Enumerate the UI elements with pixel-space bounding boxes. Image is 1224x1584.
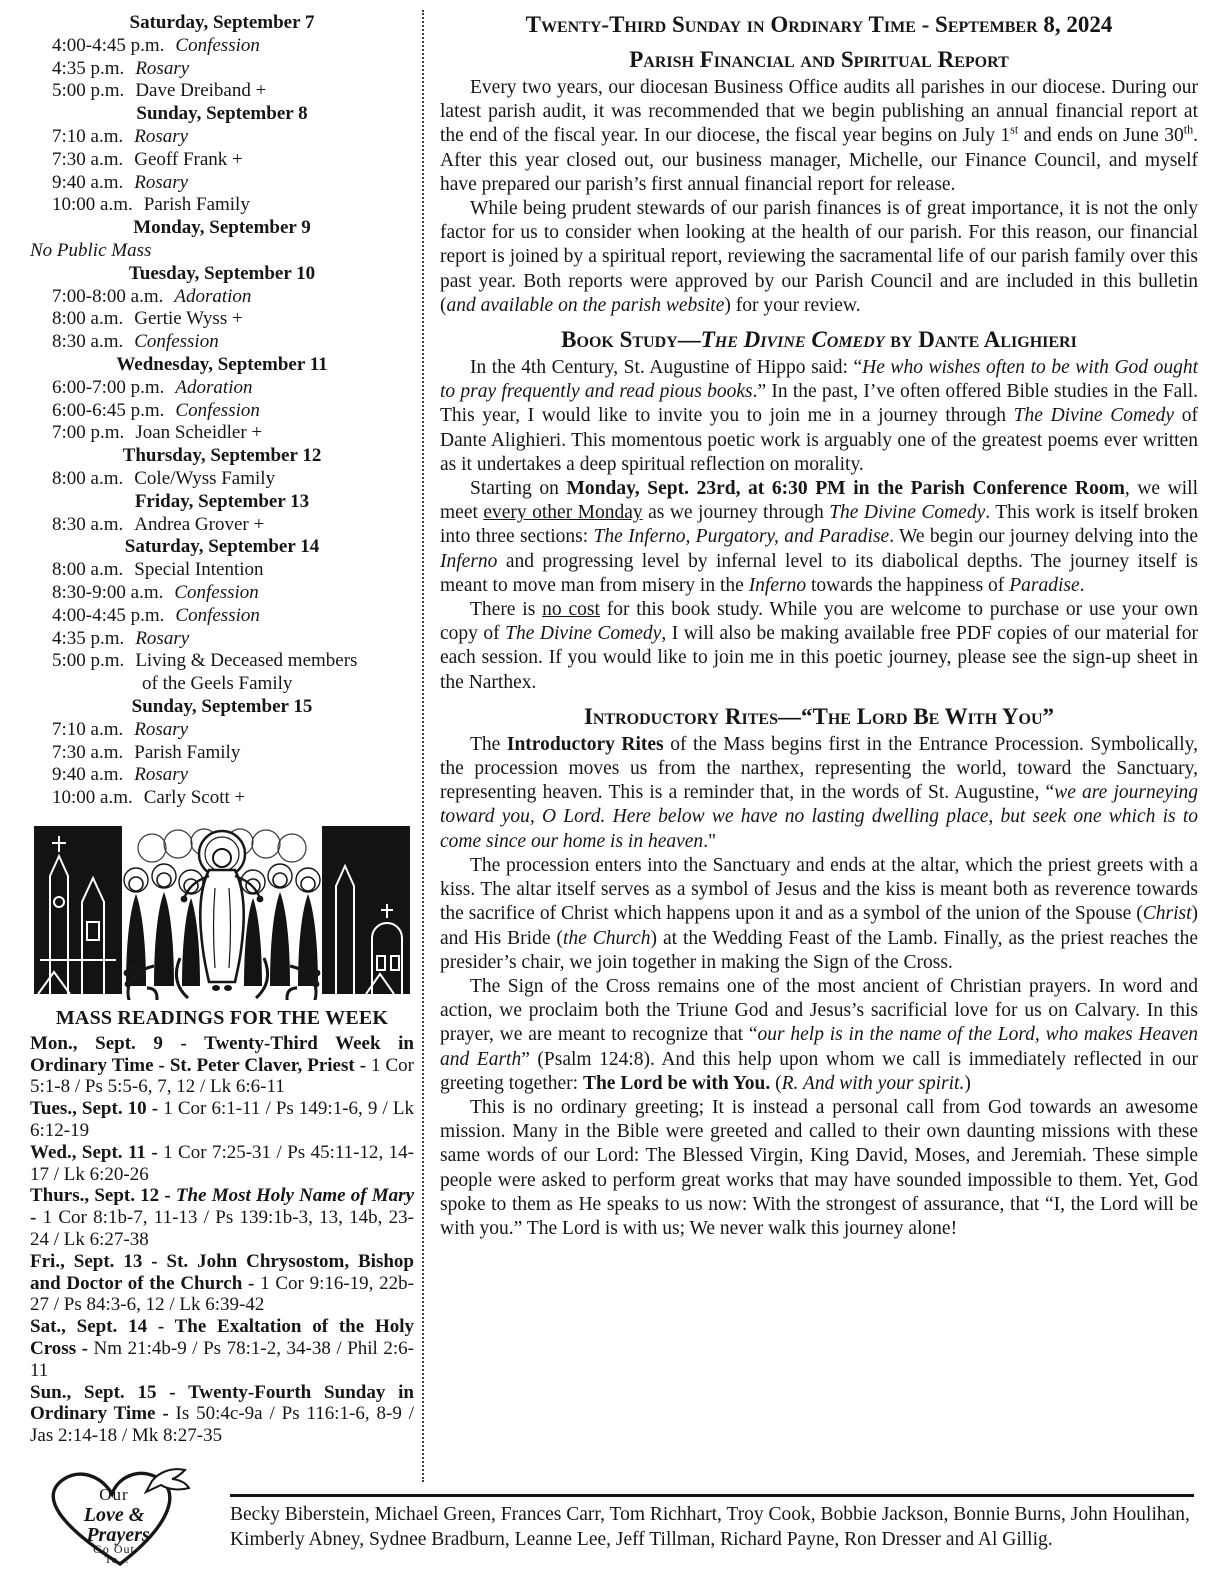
right-churches-icon	[322, 826, 410, 994]
prayer-names: Becky Biberstein, Michael Green, Frances…	[230, 1502, 1194, 1552]
schedule-desc: Adoration	[175, 377, 252, 398]
schedule-entry: 8:00 a.m.Special Intention	[30, 559, 414, 582]
schedule-entry: 7:30 a.m.Parish Family	[30, 742, 414, 765]
schedule-desc: Confession	[134, 331, 218, 352]
schedule-time: 8:00 a.m.	[52, 308, 123, 329]
main-columns: Saturday, September 74:00-4:45 p.m.Confe…	[30, 10, 1198, 1482]
schedule-desc: Joan Scheidler +	[135, 422, 262, 443]
schedule-time: 4:35 p.m.	[52, 58, 124, 79]
schedule-time: 10:00 a.m.	[52, 194, 133, 215]
schedule-time: 7:30 a.m.	[52, 742, 123, 763]
schedule-time: 7:10 a.m.	[52, 719, 123, 740]
saints-and-churches-artwork	[30, 818, 414, 1000]
schedule-desc: Confession	[174, 582, 258, 603]
schedule-entry: 10:00 a.m.Parish Family	[30, 194, 414, 217]
schedule-time: 9:40 a.m.	[52, 172, 123, 193]
schedule-continuation: of the Geels Family	[30, 673, 414, 696]
prayer-names-block: Becky Biberstein, Michael Green, Frances…	[230, 1494, 1194, 1552]
section-title: Book Study—The Divine Comedy by Dante Al…	[440, 327, 1198, 353]
article-section: Parish Financial and Spiritual ReportEve…	[440, 47, 1198, 318]
section-title: Introductory Rites—“The Lord Be With You…	[440, 704, 1198, 730]
section-paragraph: The Introductory Rites of the Mass begin…	[440, 733, 1198, 854]
schedule-day-header: Saturday, September 14	[30, 536, 414, 559]
schedule-entry: 7:10 a.m.Rosary	[30, 126, 414, 149]
schedule-day-header: Saturday, September 7	[30, 12, 414, 35]
schedule-time: 9:40 a.m.	[52, 764, 123, 785]
schedule-time: 5:00 p.m.	[52, 650, 124, 671]
heart-logo-line1: Our	[99, 1485, 128, 1504]
schedule-day-header: Wednesday, September 11	[30, 354, 414, 377]
schedule-entry: 10:00 a.m.Carly Scott +	[30, 787, 414, 810]
schedule-time: 5:00 p.m.	[52, 80, 124, 101]
schedule-entry: 9:40 a.m.Rosary	[30, 764, 414, 787]
section-title: Parish Financial and Spiritual Report	[440, 47, 1198, 73]
reading-item: Wed., Sept. 11 - 1 Cor 7:25-31 / Ps 45:1…	[30, 1142, 414, 1186]
article-section: Book Study—The Divine Comedy by Dante Al…	[440, 327, 1198, 695]
schedule-day-header: Tuesday, September 10	[30, 263, 414, 286]
schedule-desc: Rosary	[134, 172, 188, 193]
article-section: Introductory Rites—“The Lord Be With You…	[440, 704, 1198, 1241]
schedule-entry: 6:00-6:45 p.m.Confession	[30, 400, 414, 423]
schedule-time: 8:30-9:00 a.m.	[52, 582, 163, 603]
section-paragraph: While being prudent stewards of our pari…	[440, 197, 1198, 318]
schedule-time: 7:00 p.m.	[52, 422, 124, 443]
bulletin-header: Twenty-Third Sunday in Ordinary Time - S…	[440, 12, 1198, 38]
section-paragraph: Starting on Monday, Sept. 23rd, at 6:30 …	[440, 477, 1198, 598]
reading-item: Tues., Sept. 10 - 1 Cor 6:1-11 / Ps 149:…	[30, 1098, 414, 1142]
reading-item: Sun., Sept. 15 - Twenty-Fourth Sunday in…	[30, 1382, 414, 1447]
section-paragraph: This is no ordinary greeting; It is inst…	[440, 1096, 1198, 1241]
schedule-entry: 5:00 p.m.Dave Dreiband +	[30, 80, 414, 103]
schedule-desc: Adoration	[174, 286, 251, 307]
prayer-band: Our Love & Prayers Go Out To... Becky Bi…	[30, 1478, 1198, 1572]
schedule-desc: Special Intention	[134, 559, 263, 580]
schedule-entry: 7:10 a.m.Rosary	[30, 719, 414, 742]
schedule-entry: 8:30 a.m.Confession	[30, 331, 414, 354]
schedule-entry: 8:00 a.m.Gertie Wyss +	[30, 308, 414, 331]
bulletin-page: Saturday, September 74:00-4:45 p.m.Confe…	[0, 0, 1224, 1584]
heart-logo-line5: To...	[105, 1554, 130, 1566]
reading-item: Mon., Sept. 9 - Twenty-Third Week in Ord…	[30, 1033, 414, 1098]
schedule-entry: 9:40 a.m.Rosary	[30, 172, 414, 195]
left-column: Saturday, September 74:00-4:45 p.m.Confe…	[30, 10, 422, 1482]
schedule-desc: Dave Dreiband +	[135, 80, 266, 101]
schedule-desc: Rosary	[134, 764, 188, 785]
schedule-entry: 7:00-8:00 a.m.Adoration	[30, 286, 414, 309]
schedule-desc: Geoff Frank +	[134, 149, 243, 170]
schedule-desc: Parish Family	[144, 194, 250, 215]
schedule-desc: Living & Deceased members	[135, 650, 357, 671]
schedule-time: 8:30 a.m.	[52, 514, 123, 535]
schedule-time: 8:30 a.m.	[52, 331, 123, 352]
schedule-desc: Rosary	[135, 58, 189, 79]
schedule-day-header: Friday, September 13	[30, 491, 414, 514]
schedule-desc: Parish Family	[134, 742, 240, 763]
schedule-time: 8:00 a.m.	[52, 468, 123, 489]
schedule-desc: Rosary	[134, 126, 188, 147]
schedule-time: 7:00-8:00 a.m.	[52, 286, 163, 307]
reading-item: Thurs., Sept. 12 - The Most Holy Name of…	[30, 1185, 414, 1250]
schedule-time: 4:00-4:45 p.m.	[52, 35, 164, 56]
section-paragraph: In the 4th Century, St. Augustine of Hip…	[440, 356, 1198, 477]
schedule-day-header: Sunday, September 15	[30, 696, 414, 719]
reading-item: Fri., Sept. 13 - St. John Chrysostom, Bi…	[30, 1251, 414, 1316]
schedule-time: 6:00-6:45 p.m.	[52, 400, 164, 421]
mass-readings-title: MASS READINGS FOR THE WEEK	[30, 1007, 414, 1030]
schedule-desc: Gertie Wyss +	[134, 308, 242, 329]
schedule-time: 7:10 a.m.	[52, 126, 123, 147]
schedule-entry: 4:00-4:45 p.m.Confession	[30, 35, 414, 58]
schedule-time: 7:30 a.m.	[52, 149, 123, 170]
schedule-day-header: Sunday, September 8	[30, 103, 414, 126]
schedule-entry: 8:30 a.m.Andrea Grover +	[30, 514, 414, 537]
schedule-entry: 7:30 a.m.Geoff Frank +	[30, 149, 414, 172]
schedule-entry: 8:30-9:00 a.m.Confession	[30, 582, 414, 605]
section-paragraph: Every two years, our diocesan Business O…	[440, 76, 1198, 197]
schedule-entry: 5:00 p.m.Living & Deceased members	[30, 650, 414, 673]
mass-readings-list: Mon., Sept. 9 - Twenty-Third Week in Ord…	[30, 1033, 414, 1447]
schedule-entry: 4:00-4:45 p.m.Confession	[30, 605, 414, 628]
schedule-desc: Rosary	[134, 719, 188, 740]
schedule-time: 4:00-4:45 p.m.	[52, 605, 164, 626]
schedule-time: 10:00 a.m.	[52, 787, 133, 808]
column-divider	[422, 10, 424, 1482]
schedule-desc: Confession	[175, 35, 259, 56]
schedule-time: 8:00 a.m.	[52, 559, 123, 580]
schedule-entry: 4:35 p.m.Rosary	[30, 58, 414, 81]
schedule-day-header: Monday, September 9	[30, 217, 414, 240]
schedule-desc: Andrea Grover +	[134, 514, 264, 535]
schedule-entry: 7:00 p.m.Joan Scheidler +	[30, 422, 414, 445]
schedule-entry: 6:00-7:00 p.m.Adoration	[30, 377, 414, 400]
schedule-note: No Public Mass	[30, 240, 414, 263]
left-churches-icon	[34, 826, 122, 994]
schedule-time: 4:35 p.m.	[52, 628, 124, 649]
prayer-heart-logo: Our Love & Prayers Go Out To...	[18, 1464, 230, 1572]
schedule-day-header: Thursday, September 12	[30, 445, 414, 468]
right-column-sections: Parish Financial and Spiritual ReportEve…	[440, 47, 1198, 1241]
schedule-time: 6:00-7:00 p.m.	[52, 377, 164, 398]
schedule-entry: 8:00 a.m.Cole/Wyss Family	[30, 468, 414, 491]
heart-logo-line2: Love &	[83, 1504, 145, 1526]
schedule-entry: 4:35 p.m.Rosary	[30, 628, 414, 651]
mass-schedule: Saturday, September 74:00-4:45 p.m.Confe…	[30, 12, 414, 810]
reading-item: Sat., Sept. 14 - The Exaltation of the H…	[30, 1316, 414, 1381]
schedule-desc: Confession	[175, 605, 259, 626]
section-paragraph: The Sign of the Cross remains one of the…	[440, 975, 1198, 1096]
section-paragraph: The procession enters into the Sanctuary…	[440, 854, 1198, 975]
schedule-desc: Carly Scott +	[144, 787, 246, 808]
schedule-desc: Confession	[175, 400, 259, 421]
schedule-desc: Cole/Wyss Family	[134, 468, 275, 489]
schedule-desc: Rosary	[135, 628, 189, 649]
dove-icon	[146, 1469, 189, 1492]
right-column: Twenty-Third Sunday in Ordinary Time - S…	[426, 10, 1198, 1482]
section-paragraph: There is no cost for this book study. Wh…	[440, 598, 1198, 695]
